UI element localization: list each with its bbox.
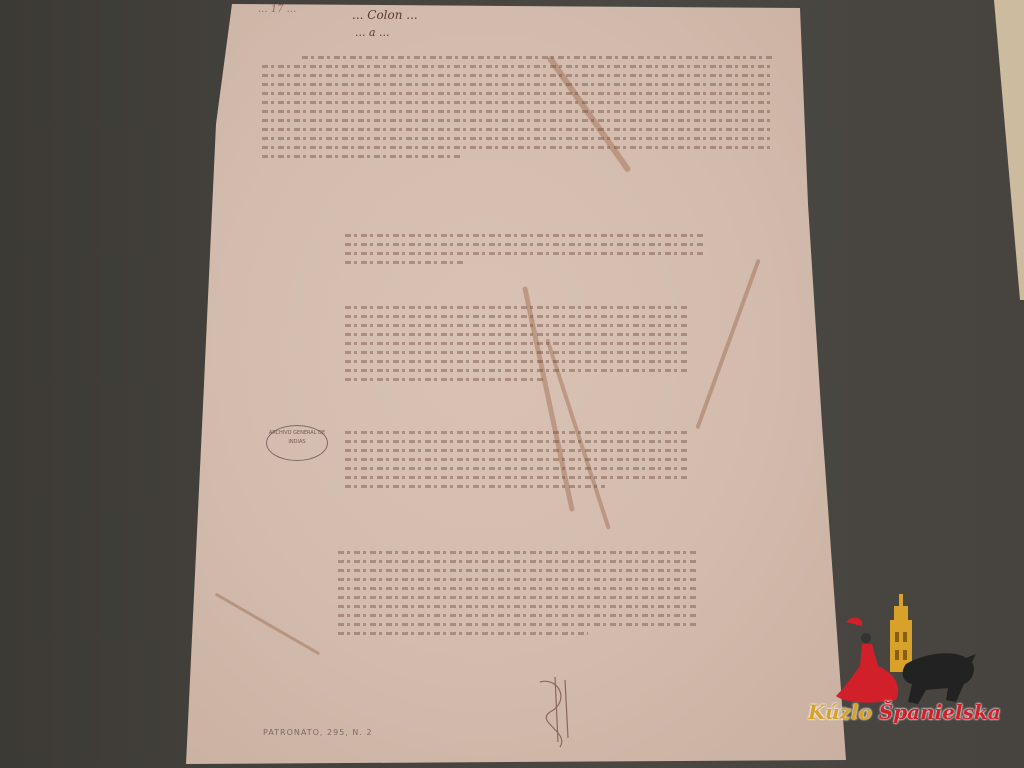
water-stain [215,593,320,656]
handwritten-paragraph-4 [345,425,690,494]
document-subtitle-line: ... a ... [355,26,390,39]
adjacent-document-edge [984,0,1024,300]
handwritten-paragraph-2 [345,228,705,270]
signature-flourish [530,672,590,752]
watermark-word-1: Kúzlo [808,700,872,724]
handwritten-paragraph-3 [345,300,690,387]
giralda-tower-icon [890,594,912,672]
archive-reference: PATRONATO, 295, N. 2 [263,728,373,737]
document-title-line: ... Colon ... [352,8,418,22]
bull-icon [903,653,976,704]
archive-stamp: ARCHIVO GENERAL DE INDIAS [266,425,328,461]
flamenco-dancer-icon [836,618,898,703]
handwritten-paragraph-5 [338,545,698,641]
watermark-word-2: Španielska [879,700,1001,724]
water-stain [695,259,760,430]
handwritten-paragraph-1 [262,50,772,164]
watermark-text: Kúzlo Španielska [808,700,1001,724]
archive-note: ... 17 ... [258,4,296,15]
